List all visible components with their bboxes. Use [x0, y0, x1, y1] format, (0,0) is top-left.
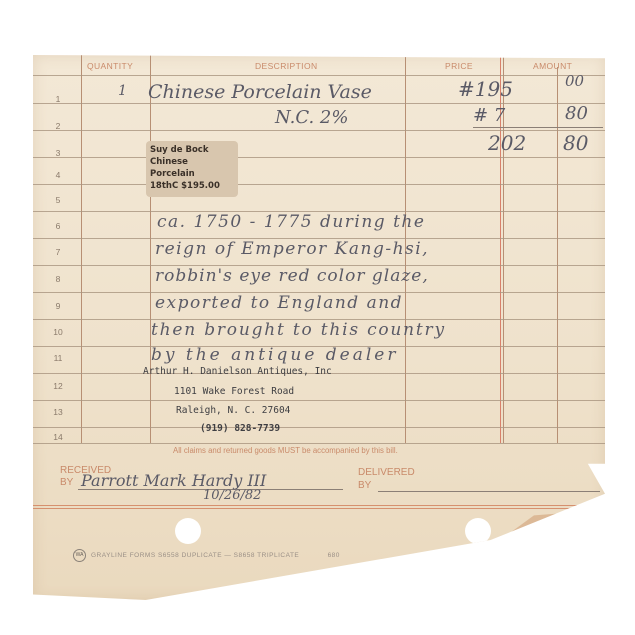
sticker-line: 18thC $195.00	[150, 180, 234, 192]
row-line	[33, 427, 605, 428]
dealer-city: Raleigh, N. C. 27604	[176, 405, 290, 416]
dealer-phone: (919) 828-7739	[200, 423, 280, 434]
delivered-by-label-by: BY	[358, 480, 371, 492]
row-number: 9	[33, 301, 83, 311]
tear-line	[33, 508, 605, 509]
note-line: ca. 1750 - 1775 during the	[157, 212, 425, 232]
row-line	[33, 103, 605, 104]
row-number: 14	[33, 432, 83, 442]
note-line: by the antique dealer	[151, 345, 399, 365]
row-number: 10	[33, 327, 83, 337]
received-date: 10/26/82	[203, 488, 261, 503]
dealer-address: 1101 Wake Forest Road	[174, 386, 294, 397]
sticker-line: Suy de Bock	[150, 144, 234, 156]
delivered-by-line	[378, 491, 600, 492]
description-header: DESCRIPTION	[255, 61, 318, 71]
item-amount-cents: 00	[565, 72, 584, 90]
row-number: 4	[33, 170, 83, 180]
sticker-line: Porcelain	[150, 168, 234, 180]
item-quantity: 1	[118, 83, 127, 99]
note-line: exported to England and	[155, 293, 403, 313]
column-divider	[557, 67, 558, 443]
row-number: 7	[33, 247, 83, 257]
note-line: then brought to this country	[151, 320, 446, 340]
row-number: 3	[33, 148, 83, 158]
row-line	[33, 75, 605, 76]
item-description: Chinese Porcelain Vase	[148, 81, 372, 103]
tax-amount-dollars: # 7	[473, 105, 505, 126]
row-number: 2	[33, 121, 83, 131]
form-footer: GRAYLINE FORMS S6558 DUPLICATE — S8658 T…	[91, 552, 340, 559]
total-underline	[473, 127, 603, 128]
form-number: 680	[328, 552, 340, 559]
amount-header: AMOUNT	[533, 61, 572, 71]
note-line: robbin's eye red color glaze,	[155, 266, 429, 286]
item-amount-dollars: #195	[458, 77, 513, 101]
total-amount-cents: 80	[563, 131, 588, 155]
row-line	[33, 400, 605, 401]
grayline-logo-icon: WA	[73, 549, 86, 562]
tax-amount-cents: 80	[565, 103, 588, 124]
received-by-label-by: BY	[60, 477, 73, 489]
sales-receipt: QUANTITY DESCRIPTION PRICE AMOUNT 1 2 3 …	[33, 55, 605, 600]
quantity-header: QUANTITY	[87, 61, 133, 71]
row-line	[33, 443, 605, 444]
row-number: 8	[33, 274, 83, 284]
column-divider	[150, 55, 151, 443]
price-header: PRICE	[445, 61, 473, 71]
row-number: 5	[33, 195, 83, 205]
row-number: 6	[33, 221, 83, 231]
row-line	[33, 184, 605, 185]
total-amount-dollars: 202	[488, 131, 526, 155]
row-line	[33, 157, 605, 158]
price-sticker: Suy de Bock Chinese Porcelain 18thC $195…	[146, 141, 238, 197]
note-line: reign of Emperor Kang-hsi,	[155, 239, 429, 259]
claims-notice: All claims and returned goods MUST be ac…	[173, 446, 398, 455]
delivered-by-label: DELIVERED	[358, 467, 415, 479]
row-number: 12	[33, 381, 83, 391]
punch-hole	[175, 518, 201, 544]
punch-hole	[465, 518, 491, 544]
tax-description: N.C. 2%	[275, 107, 348, 128]
row-number: 1	[33, 94, 83, 104]
sticker-line: Chinese	[150, 156, 234, 168]
row-number: 11	[33, 353, 83, 363]
folded-corner	[418, 510, 605, 600]
row-number: 13	[33, 407, 83, 417]
tear-line	[33, 505, 605, 506]
footer-text: GRAYLINE FORMS S6558 DUPLICATE — S8658 T…	[91, 552, 299, 559]
dealer-name: Arthur H. Danielson Antiques, Inc	[143, 366, 332, 377]
